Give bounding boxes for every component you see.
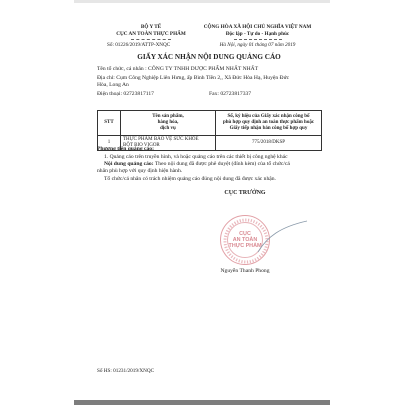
header-product-line3: dịch vụ [123, 126, 213, 132]
organization-phone: Điện thoại: 02723817117 [97, 91, 154, 97]
organization-address-line2: Hòa, Long An [97, 82, 129, 88]
product-table: STT Tên sản phẩm, hàng hóa, dịch vụ Số, … [97, 110, 322, 151]
signature-icon [255, 215, 315, 255]
organization-fax: Fax: 02723817337 [209, 91, 251, 97]
document-number: Số: 01226/2019/ATTP-XNQC [107, 42, 170, 48]
organization-address-line1: Địa chỉ: Cụm Công Nghiệp Liên Hưng, ấp B… [97, 75, 289, 81]
signer-name: Nguyễn Thanh Phong [205, 268, 285, 274]
left-header-divider [131, 39, 171, 40]
table-header-row: STT Tên sản phẩm, hàng hóa, dịch vụ Số, … [98, 111, 322, 136]
content-line1: Nội dung quảng cáo: Theo nội dung đã đượ… [104, 161, 290, 167]
right-header-divider [234, 39, 282, 40]
header-certificate-line3: Giấy tiếp nhận bản công bố hợp quy [218, 126, 319, 132]
header-product-name: Tên sản phẩm, hàng hóa, dịch vụ [121, 111, 216, 136]
media-heading: Phương tiện quảng cáo: [97, 146, 154, 152]
issue-date: Hà Nội, ngày 01 tháng 07 năm 2019 [190, 42, 325, 48]
document-title: GIẤY XÁC NHẬN NỘI DUNG QUẢNG CÁO [96, 53, 322, 61]
signer-title: CỤC TRƯỞNG [205, 190, 285, 196]
cell-certificate: 775/2018/DKSP [216, 136, 322, 151]
top-scroll-band [74, 0, 330, 3]
responsibility-note: Tổ chức/cá nhân có trách nhiệm quảng cáo… [104, 176, 276, 182]
content-label: Nội dung quảng cáo: [104, 161, 154, 167]
file-number: Số HS: 01231/2019/XNQC [97, 368, 154, 374]
header-stt: STT [98, 111, 121, 136]
content-text: Theo nội dung đã được phê duyệt (đính kè… [154, 161, 290, 167]
national-motto: Độc lập - Tự do - Hạnh phúc [190, 31, 325, 37]
bottom-scroll-band [74, 400, 330, 405]
content-line2: nhân phù hợp với quy định hiện hành. [97, 168, 182, 174]
organization-name: Tên tổ chức, cá nhân : CÔNG TY TNHH DƯỢC… [97, 66, 258, 72]
country-name: CỘNG HÒA XÃ HỘI CHỦ NGHĨA VIỆT NAM [190, 24, 325, 30]
header-certificate: Số, ký hiệu của Giấy xác nhận công bố ph… [216, 111, 322, 136]
media-item-1: 1. Quảng cáo trên truyền hình, và hoặc q… [104, 154, 288, 160]
